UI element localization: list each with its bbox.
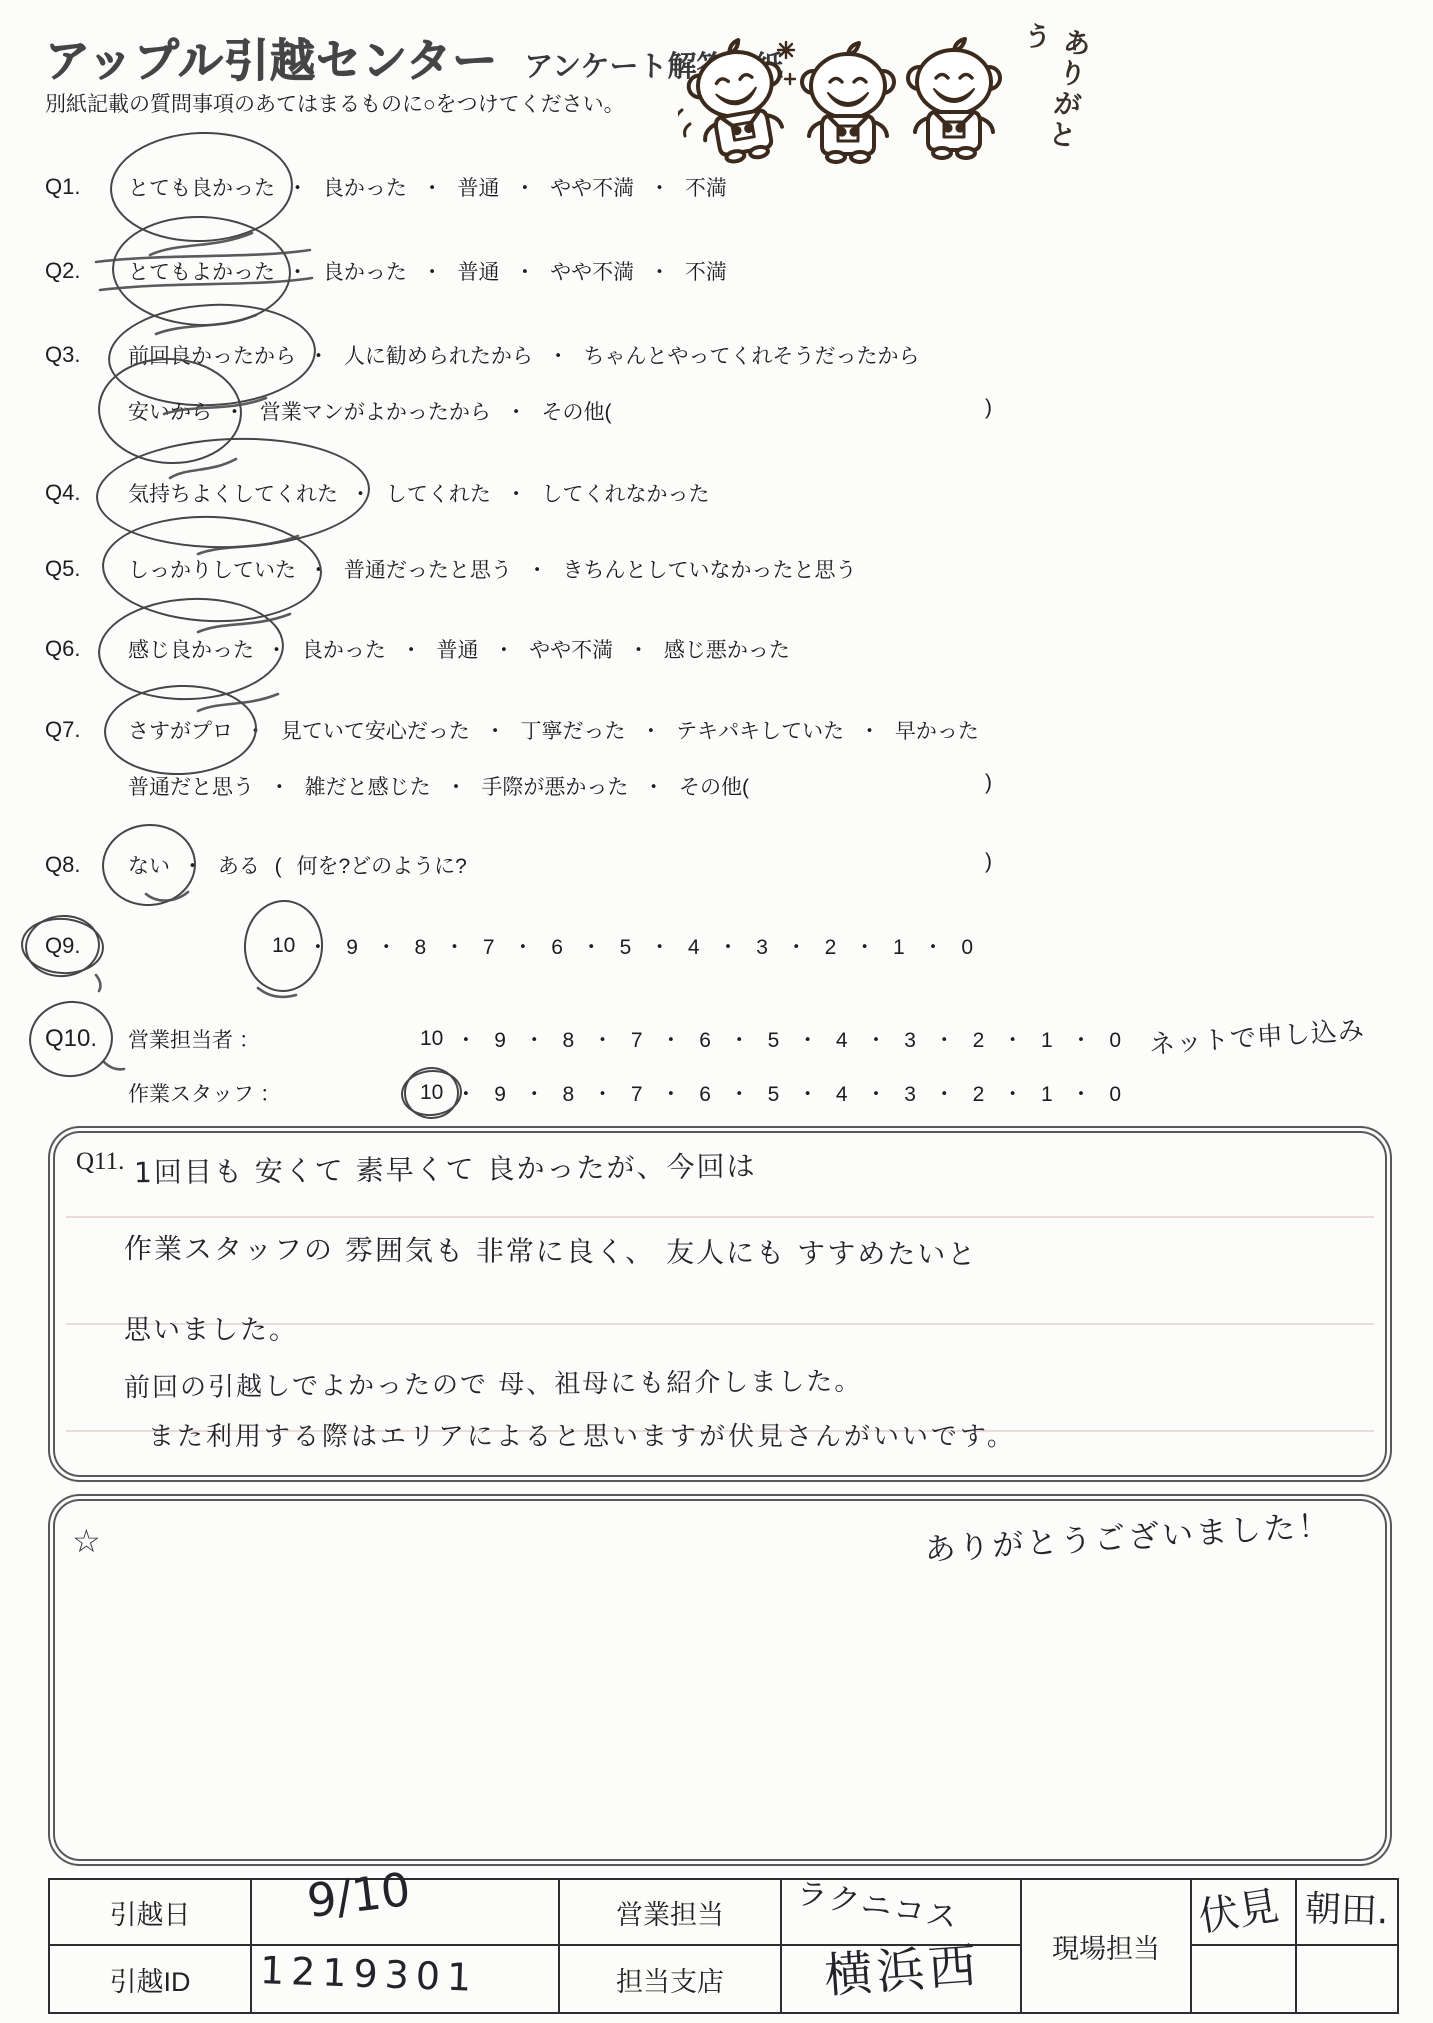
question-q3-line1: Q3. 前回良かったから ・ 人に勧められたから ・ ちゃんとやってくれそうだっ… bbox=[45, 340, 920, 370]
q9-score-10: 10 bbox=[272, 934, 295, 958]
q7-close-paren: ) bbox=[985, 771, 992, 795]
q5-options: ・ 普通だったと思う ・ きちんとしていなかったと思う bbox=[308, 554, 857, 584]
cell-empty-1 bbox=[1192, 1946, 1297, 2012]
q3-options-line2: ・ 営業マンがよかったから ・ その他( bbox=[224, 396, 612, 426]
question-q10-row2: 作業スタッフ ： 10 ・ 9 ・ 8 ・ 7 ・ 6 ・ 5 ・ 4 ・ 3 … bbox=[45, 1078, 1121, 1108]
question-q4: Q4. 気持ちよくしてくれた ・ してくれた ・ してくれなかった bbox=[45, 478, 710, 508]
q3-options-line1: ・ 人に勧められたから ・ ちゃんとやってくれそうだったから bbox=[308, 340, 920, 370]
question-q5: Q5. しっかりしていた ・ 普通だったと思う ・ きちんとしていなかったと思う bbox=[45, 554, 857, 584]
q1-label: Q1. bbox=[45, 174, 128, 200]
q11-handwritten-line-5: また利用する際はエリアによると思いますが伏見さんがいいです。 bbox=[148, 1416, 1016, 1453]
q1-circled-option: とても良かった bbox=[128, 172, 275, 202]
q10-row1-scale: ・ 9 ・ 8 ・ 7 ・ 6 ・ 5 ・ 4 ・ 3 ・ 2 ・ 1 ・ 0 bbox=[455, 1024, 1121, 1054]
move-date-handwriting: 9/10 bbox=[304, 1862, 413, 1928]
q7-options-line1: ・ 見ていて安心だった ・ 丁寧だった ・ テキパキしていた ・ 早かった bbox=[245, 715, 979, 745]
q9-label: Q9. bbox=[45, 933, 80, 959]
move-id-handwriting: 1219301 bbox=[259, 1948, 479, 2000]
monkey-icon-2 bbox=[802, 43, 894, 162]
q6-label: Q6. bbox=[45, 636, 128, 662]
question-q2: Q2. とてもよかった ・ 良かった ・ 普通 ・ やや不満 ・ 不満 bbox=[45, 256, 727, 286]
q3-circled-option-1: 前回良かったから bbox=[128, 340, 296, 370]
q3-label: Q3. bbox=[45, 342, 128, 368]
q10-row1-score-10: 10 bbox=[420, 1027, 443, 1051]
question-q6: Q6. 感じ良かった ・ 良かった ・ 普通 ・ やや不満 ・ 感じ悪かった bbox=[45, 634, 790, 664]
q8-options: ・ ある ( 何を?どのように? bbox=[182, 850, 467, 880]
header: アップル引越センター アンケート解答用紙 bbox=[45, 24, 784, 89]
question-q9: Q9. 10 ・ 9 ・ 8 ・ 7 ・ 6 ・ 5 ・ 4 ・ 3 ・ 2 ・… bbox=[45, 931, 973, 961]
question-q10-row1: Q10. 営業担当者 ： 10 ・ 9 ・ 8 ・ 7 ・ 6 ・ 5 ・ 4 … bbox=[45, 1020, 1365, 1057]
q11-handwritten-line-4: 前回の引越しでよかったので 母、祖母にも紹介しました。 bbox=[124, 1361, 863, 1404]
q2-options: ・ 良かった ・ 普通 ・ やや不満 ・ 不満 bbox=[287, 256, 727, 286]
q3-circled-option-2: 安いから bbox=[128, 396, 212, 426]
q10-row2-circled-10: 10 bbox=[420, 1081, 443, 1105]
q2-circled-option: とてもよかった bbox=[128, 256, 275, 286]
q4-label: Q4. bbox=[45, 480, 128, 506]
instruction-text: 別紙記載の質問事項のあてはまるものに○をつけてください。 bbox=[45, 88, 625, 118]
q11-handwritten-line-1: 1回目も 安くて 素早くて 良かったが、今回は bbox=[134, 1145, 757, 1192]
branch-handwriting: 横浜西 bbox=[822, 1927, 982, 2007]
cell-branch-value: 横浜西 bbox=[782, 1946, 1022, 2012]
q9-scale: ・ 9 ・ 8 ・ 7 ・ 6 ・ 5 ・ 4 ・ 3 ・ 2 ・ 1 ・ 0 bbox=[307, 931, 973, 961]
q8-circled-option: ない bbox=[128, 850, 170, 880]
star-icon: ☆ bbox=[72, 1522, 101, 1560]
q11-handwritten-line-2: 作業スタッフの 雰囲気も 非常に良く、 友人にも すすめたいと bbox=[124, 1227, 978, 1273]
monkey-icon-1 bbox=[682, 34, 793, 167]
q10-row2-scale: ・ 9 ・ 8 ・ 7 ・ 6 ・ 5 ・ 4 ・ 3 ・ 2 ・ 1 ・ 0 bbox=[455, 1078, 1121, 1108]
q4-options: ・ してくれた ・ してくれなかった bbox=[350, 478, 710, 508]
cell-branch-label: 担当支店 bbox=[560, 1946, 782, 2012]
q2-label: Q2. bbox=[45, 258, 128, 284]
q11-comment-box: Q11. 1回目も 安くて 素早くて 良かったが、今回は 作業スタッフの 雰囲気… bbox=[48, 1126, 1392, 1482]
question-q7-line2: 普通だと思う ・ 雑だと感じた ・ 手際が悪かった ・ その他( bbox=[45, 771, 749, 801]
q8-close-paren: ) bbox=[985, 850, 992, 874]
q3-close-paren: ) bbox=[985, 396, 992, 420]
q6-circled-option: 感じ良かった bbox=[128, 634, 254, 664]
q6-options: ・ 良かった ・ 普通 ・ やや不満 ・ 感じ悪かった bbox=[266, 634, 790, 664]
staff-info-table: 引越日 9/10 営業担当 ラクニコス 現場担当 伏見 朝田. 引越ID 121… bbox=[48, 1878, 1399, 2014]
thanks-handwritten-note: ありがとうございました！ bbox=[923, 1500, 1333, 1570]
free-comment-box: ☆ ありがとうございました！ bbox=[48, 1494, 1392, 1866]
cell-site-staff-value-2: 朝田. bbox=[1297, 1880, 1397, 1946]
company-title: アップル引越センター bbox=[45, 24, 498, 89]
ruled-line bbox=[66, 1216, 1374, 1218]
site-staff-handwriting-2: 朝田. bbox=[1304, 1881, 1389, 1935]
cell-move-date-value: 9/10 bbox=[252, 1880, 560, 1946]
question-q3-line2: 安いから ・ 営業マンがよかったから ・ その他( bbox=[45, 396, 612, 426]
q1-options: ・ 良かった ・ 普通 ・ やや不満 ・ 不満 bbox=[287, 172, 727, 202]
cell-empty-2 bbox=[1297, 1946, 1397, 2012]
sales-rep-handwriting: ラクニコス bbox=[793, 1867, 962, 1937]
q10-handwritten-note: ネットで申し込み bbox=[1148, 1010, 1366, 1062]
cell-move-id-value: 1219301 bbox=[252, 1946, 560, 2012]
q5-circled-option: しっかりしていた bbox=[128, 554, 296, 584]
cell-site-staff-value-1: 伏見 bbox=[1192, 1880, 1297, 1946]
q11-handwritten-line-3: 思いました。 bbox=[124, 1308, 298, 1347]
q4-circled-option: 気持ちよくしてくれた bbox=[128, 478, 338, 508]
q10-label: Q10. bbox=[45, 1025, 97, 1053]
cell-move-id-label: 引越ID bbox=[50, 1946, 252, 2012]
question-q7-line1: Q7. さすがプロ ・ 見ていて安心だった ・ 丁寧だった ・ テキパキしていた… bbox=[45, 715, 979, 745]
q7-circled-option: さすがプロ bbox=[128, 715, 233, 745]
q7-label: Q7. bbox=[45, 717, 128, 743]
monkey-mascots-illustration bbox=[678, 26, 1014, 168]
survey-sheet: アップル引越センター アンケート解答用紙 別紙記載の質問事項のあてはまるものに○… bbox=[0, 0, 1433, 2023]
q5-label: Q5. bbox=[45, 556, 128, 582]
q10-row2-label: 作業スタッフ ： bbox=[128, 1078, 420, 1108]
cell-site-staff-label: 現場担当 bbox=[1022, 1880, 1192, 2012]
motion-lines-icon bbox=[678, 110, 690, 136]
q7-options-line2: 普通だと思う ・ 雑だと感じた ・ 手際が悪かった ・ その他( bbox=[128, 771, 749, 801]
q8-label: Q8. bbox=[45, 852, 128, 878]
monkey-icon-3 bbox=[908, 39, 1000, 158]
cell-sales-rep-label: 営業担当 bbox=[560, 1880, 782, 1946]
question-q8: Q8. ない ・ ある ( 何を?どのように? bbox=[45, 850, 467, 880]
q11-label: Q11. bbox=[76, 1148, 124, 1176]
question-q1: Q1. とても良かった ・ 良かった ・ 普通 ・ やや不満 ・ 不満 bbox=[45, 172, 727, 202]
q10-row1-label: 営業担当者 ： bbox=[128, 1024, 420, 1054]
site-staff-handwriting-1: 伏見 bbox=[1194, 1874, 1282, 1943]
cell-move-date-label: 引越日 bbox=[50, 1880, 252, 1946]
